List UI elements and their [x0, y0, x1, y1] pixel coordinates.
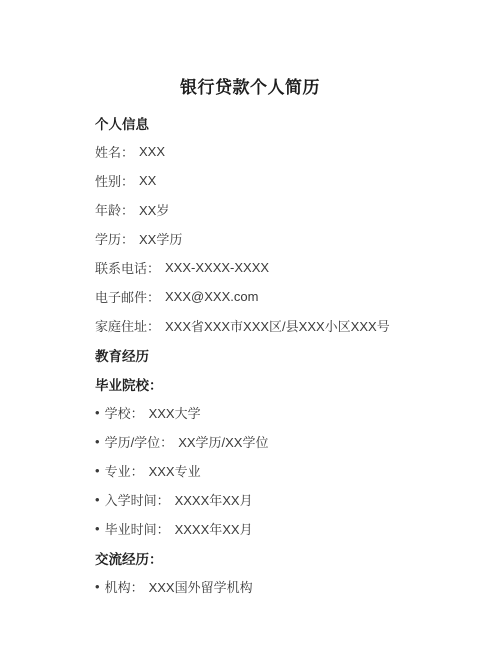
subheading-exchange-experience: 交流经历： — [95, 543, 460, 572]
field-value: XXXX年XX月 — [175, 519, 253, 538]
field-value: XXX-XXXX-XXXX — [165, 260, 269, 275]
field-phone: 联系电话： XXX-XXXX-XXXX — [95, 253, 460, 282]
field-label: 入学时间： — [105, 490, 170, 509]
field-education: 学历： XX学历 — [95, 224, 460, 253]
field-label: 家庭住址： — [95, 316, 160, 335]
field-value: XXX省XXX市XXX区/县XXX小区XXX号 — [165, 316, 390, 335]
bullet-icon: • — [95, 492, 100, 507]
field-value: XXX — [139, 144, 165, 159]
bullet-icon: • — [95, 463, 100, 478]
field-label: 专业： — [105, 461, 144, 480]
field-name: 姓名： XXX — [95, 137, 460, 166]
field-label: 姓名： — [95, 142, 134, 161]
bullet-degree: • 学历/学位： XX学历/XX学位 — [95, 427, 460, 456]
section-personal-info-heading: 个人信息 — [95, 108, 460, 137]
field-value: XXX大学 — [149, 403, 201, 422]
subheading-text: 毕业院校： — [95, 374, 163, 394]
field-label: 电子邮件： — [95, 287, 160, 306]
bullet-icon: • — [95, 434, 100, 449]
field-value: XXXX年XX月 — [175, 490, 253, 509]
bullet-institution: • 机构： XXX国外留学机构 — [95, 572, 460, 601]
subheading-graduation-school: 毕业院校： — [95, 369, 460, 398]
field-home-address: 家庭住址： XXX省XXX市XXX区/县XXX小区XXX号 — [95, 311, 460, 340]
field-value: XXX国外留学机构 — [149, 577, 253, 596]
field-value: XXX@XXX.com — [165, 289, 258, 304]
field-value: XXX专业 — [149, 461, 201, 480]
field-value: XX — [139, 173, 156, 188]
section-heading-text: 个人信息 — [95, 113, 149, 133]
section-education-heading: 教育经历 — [95, 340, 460, 369]
bullet-icon: • — [95, 579, 100, 594]
document-body: 个人信息 姓名： XXX 性别： XX 年龄： XX岁 学历： XX学历 联系电… — [0, 108, 500, 601]
field-value: XX学历/XX学位 — [178, 432, 268, 451]
field-label: 学校： — [105, 403, 144, 422]
field-label: 性别： — [95, 171, 134, 190]
document-title: 银行贷款个人简历 — [0, 77, 500, 98]
field-email: 电子邮件： XXX@XXX.com — [95, 282, 460, 311]
subheading-text: 交流经历： — [95, 548, 163, 568]
bullet-icon: • — [95, 521, 100, 536]
field-label: 年龄： — [95, 200, 134, 219]
bullet-school: • 学校： XXX大学 — [95, 398, 460, 427]
bullet-graduation-date: • 毕业时间： XXXX年XX月 — [95, 514, 460, 543]
field-gender: 性别： XX — [95, 166, 460, 195]
section-heading-text: 教育经历 — [95, 345, 149, 365]
field-age: 年龄： XX岁 — [95, 195, 460, 224]
resume-document: 银行贷款个人简历 个人信息 姓名： XXX 性别： XX 年龄： XX岁 学历：… — [0, 0, 500, 647]
bullet-icon: • — [95, 405, 100, 420]
bullet-major: • 专业： XXX专业 — [95, 456, 460, 485]
field-label: 联系电话： — [95, 258, 160, 277]
field-label: 毕业时间： — [105, 519, 170, 538]
field-label: 学历/学位： — [105, 432, 174, 451]
field-value: XX岁 — [139, 200, 169, 219]
field-label: 机构： — [105, 577, 144, 596]
bullet-enrollment-date: • 入学时间： XXXX年XX月 — [95, 485, 460, 514]
field-value: XX学历 — [139, 229, 182, 248]
field-label: 学历： — [95, 229, 134, 248]
